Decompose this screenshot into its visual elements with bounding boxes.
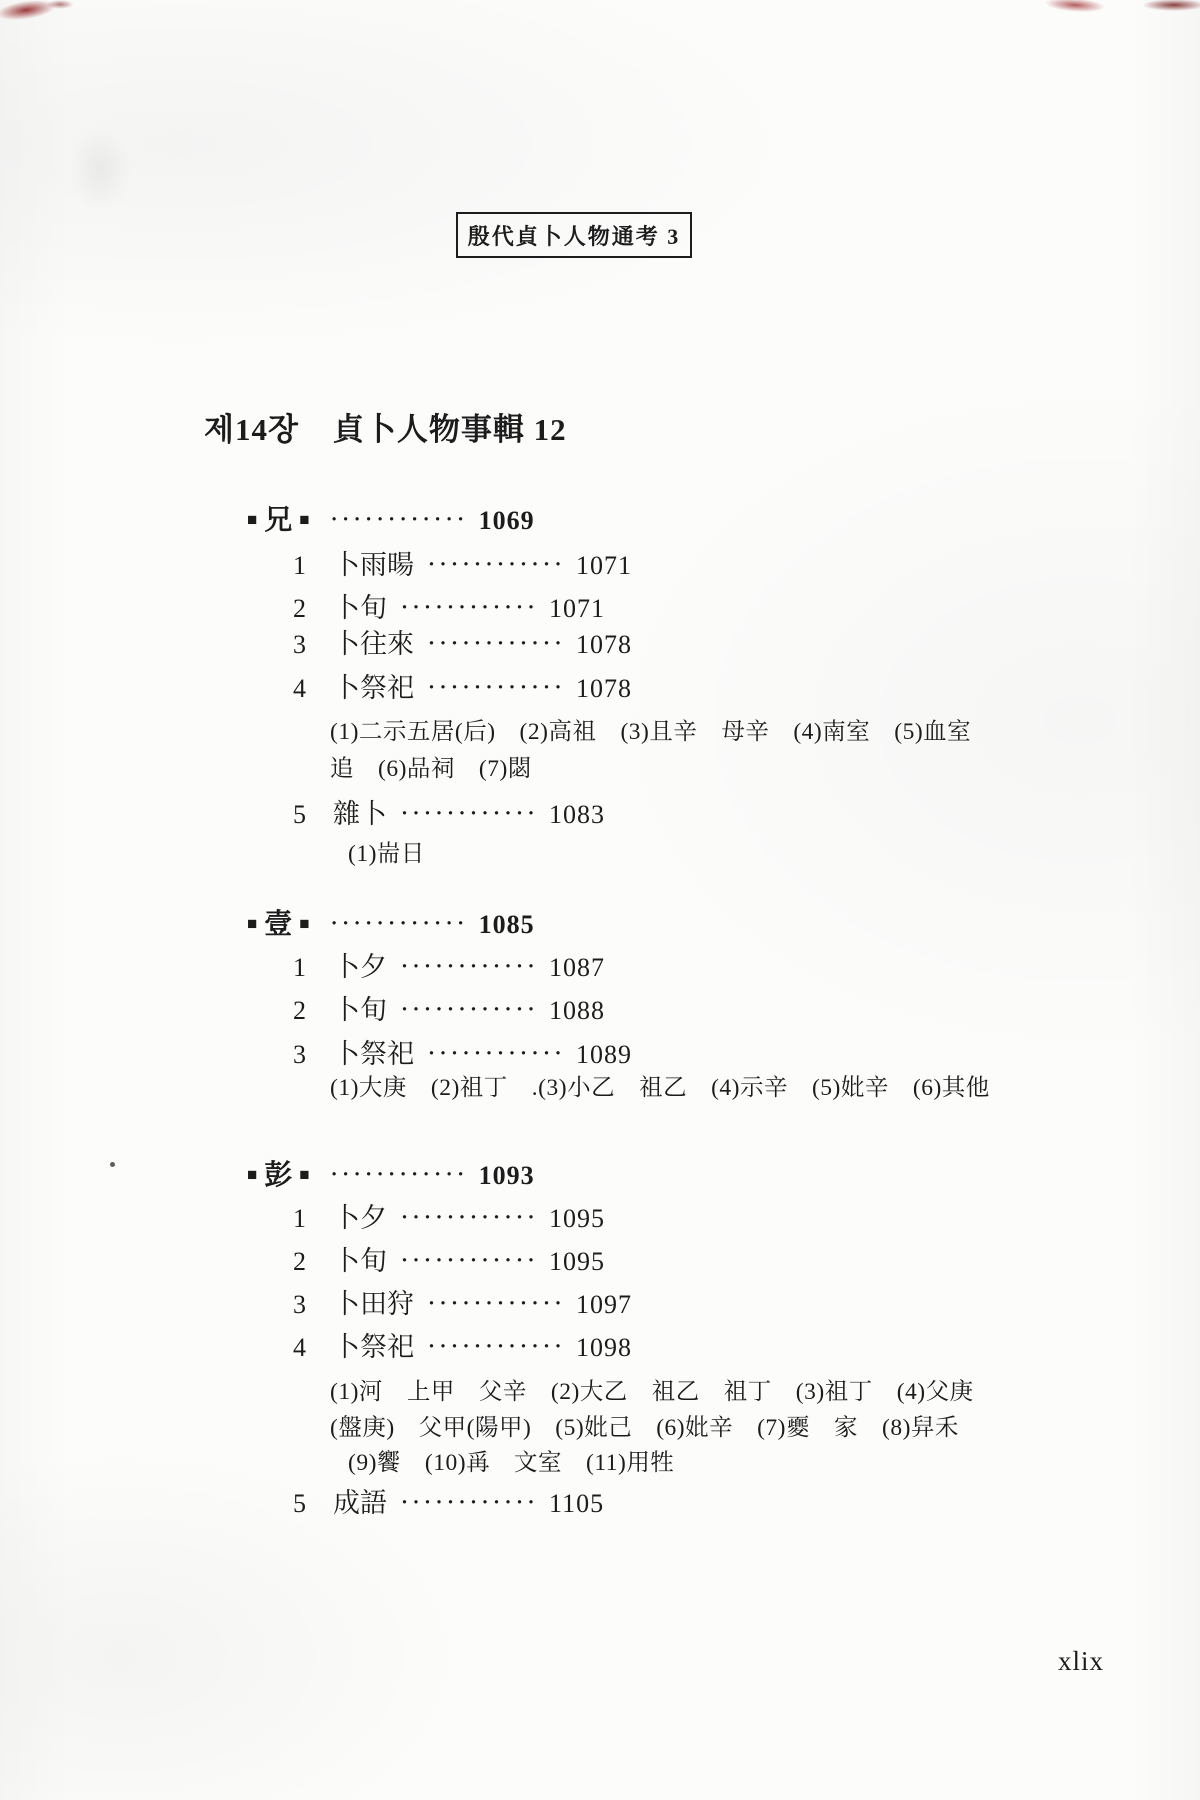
toc-page-number: 1089 [576,1040,632,1070]
dot-leader: ············ [331,911,469,936]
entry-title: 卜往來 [333,622,414,661]
entry-title: 卜祭祀 [333,1032,414,1071]
section-name: 壹 [264,902,292,942]
entry-title: 雜卜 [333,792,387,831]
entry-number: 4 [293,674,315,704]
entry-number: 2 [293,1247,315,1277]
dot-leader: ············ [401,1248,539,1273]
entry-number: 1 [293,551,315,581]
toc-page-number: 1071 [549,594,605,624]
entry-number: 1 [293,1204,315,1234]
toc-entry: 3 卜田狩 ············ 1097 [293,1282,632,1321]
square-marker-icon: ■ [299,914,309,934]
toc-page-number: 1093 [479,1161,535,1191]
dot-leader: ············ [428,675,566,700]
dot-leader: ············ [401,1205,539,1230]
book-title-box: 殷代貞卜人物通考 3 [456,212,692,258]
entry-number: 4 [293,1333,315,1363]
entry-number: 1 [293,953,315,983]
dot-leader: ············ [401,801,539,826]
toc-sub-entry: (盤庚) 父甲(陽甲) (5)妣己 (6)妣辛 (7)夒 家 (8)舁禾 [330,1408,959,1442]
dot-leader: ············ [428,1291,566,1316]
scan-smudge-red-top-right-2 [1120,0,1200,16]
square-marker-icon: ■ [247,510,257,530]
toc-sub-entry: (9)饗 (10)爯 文室 (11)用牲 [348,1443,674,1477]
toc-page-number: 1071 [576,551,632,581]
scan-smudge-red-top-left [0,0,76,29]
dot-leader: ············ [401,1490,539,1515]
dot-leader: ············ [331,507,469,532]
section-header: ■ 彭 ■ ············ 1093 [240,1153,535,1193]
entry-number: 3 [293,1290,315,1320]
entry-number: 5 [293,800,315,830]
toc-page-number: 1078 [576,630,632,660]
folio-page-number: xlix [1058,1646,1104,1677]
chapter-number: 제14장 [204,412,299,447]
toc-entry: 5 雜卜 ············ 1083 [293,792,605,831]
entry-title: 卜夕 [333,1196,387,1235]
toc-page-number: 1097 [576,1290,632,1320]
scan-smudge-red-top-left-2 [40,0,80,14]
entry-title: 卜旬 [333,1239,387,1278]
dot-leader: ············ [331,1162,469,1187]
entry-title: 卜田狩 [333,1282,414,1321]
dot-leader: ············ [401,997,539,1022]
scan-smudge-gray-left [40,90,160,250]
toc-page-number: 1085 [479,910,535,940]
toc-entry: 1 卜夕 ············ 1095 [293,1196,605,1235]
scanned-book-page: 殷代貞卜人物通考 3 제14장貞卜人物事輯 12 ■ 兄 ■ ·········… [0,0,1200,1800]
toc-page-number: 1078 [576,674,632,704]
toc-entry: 2 卜旬 ············ 1095 [293,1239,605,1278]
book-title: 殷代貞卜人物通考 3 [468,220,681,251]
toc-entry: 4 卜祭祀 ············ 1078 [293,666,632,705]
square-marker-icon: ■ [247,1165,257,1185]
dot-leader: ············ [428,631,566,656]
toc-page-number: 1095 [549,1204,605,1234]
toc-page-number: 1105 [549,1489,604,1519]
scan-speck-dot [110,1162,115,1167]
toc-entry: 3 卜往來 ············ 1078 [293,622,632,661]
entry-title: 卜雨暘 [333,543,414,582]
toc-entry: 1 卜雨暘 ············ 1071 [293,543,632,582]
square-marker-icon: ■ [299,510,309,530]
section-name: 彭 [264,1153,292,1193]
section-header: ■ 兄 ■ ············ 1069 [240,498,535,538]
square-marker-icon: ■ [299,1165,309,1185]
toc-sub-entry: (1)二示五居(后) (2)高祖 (3)且辛 母辛 (4)南室 (5)血室 [330,712,971,746]
chapter-title: 貞卜人物事輯 12 [333,412,567,447]
section-header: ■ 壹 ■ ············ 1085 [240,902,535,942]
entry-title: 成語 [333,1481,387,1520]
entry-title: 卜旬 [333,988,387,1027]
toc-entry: 2 卜旬 ············ 1071 [293,586,605,625]
toc-sub-entry: 追 (6)品祠 (7)閟 [330,749,532,783]
dot-leader: ············ [401,954,539,979]
chapter-heading: 제14장貞卜人物事輯 12 [204,404,567,449]
entry-number: 3 [293,1040,315,1070]
toc-sub-entry: (1)河 上甲 父辛 (2)大乙 祖乙 祖丁 (3)祖丁 (4)父庚 [330,1372,974,1406]
dot-leader: ············ [401,595,539,620]
toc-entry: 1 卜夕 ············ 1087 [293,945,605,984]
toc-sub-entry: (1)大庚 (2)祖丁 .(3)小乙 祖乙 (4)示辛 (5)妣辛 (6)其他 [330,1068,990,1102]
toc-page-number: 1088 [549,996,605,1026]
toc-entry: 3 卜祭祀 ············ 1089 [293,1032,632,1071]
entry-number: 3 [293,630,315,660]
toc-page-number: 1095 [549,1247,605,1277]
toc-sub-entry: (1)耑日 [348,834,425,868]
entry-number: 2 [293,996,315,1026]
dot-leader: ············ [428,1041,566,1066]
toc-page-number: 1083 [549,800,605,830]
toc-page-number: 1098 [576,1333,632,1363]
entry-title: 卜祭祀 [333,666,414,705]
section-name: 兄 [264,498,292,538]
entry-title: 卜祭祀 [333,1325,414,1364]
dot-leader: ············ [428,1334,566,1359]
entry-title: 卜旬 [333,586,387,625]
toc-entry: 4 卜祭祀 ············ 1098 [293,1325,632,1364]
square-marker-icon: ■ [247,914,257,934]
entry-title: 卜夕 [333,945,387,984]
toc-page-number: 1069 [479,506,535,536]
entry-number: 5 [293,1489,315,1519]
toc-entry: 2 卜旬 ············ 1088 [293,988,605,1027]
toc-entry: 5 成語 ············ 1105 [293,1481,604,1520]
dot-leader: ············ [428,552,566,577]
scan-smudge-red-top-right [1029,0,1121,21]
toc-page-number: 1087 [549,953,605,983]
entry-number: 2 [293,594,315,624]
